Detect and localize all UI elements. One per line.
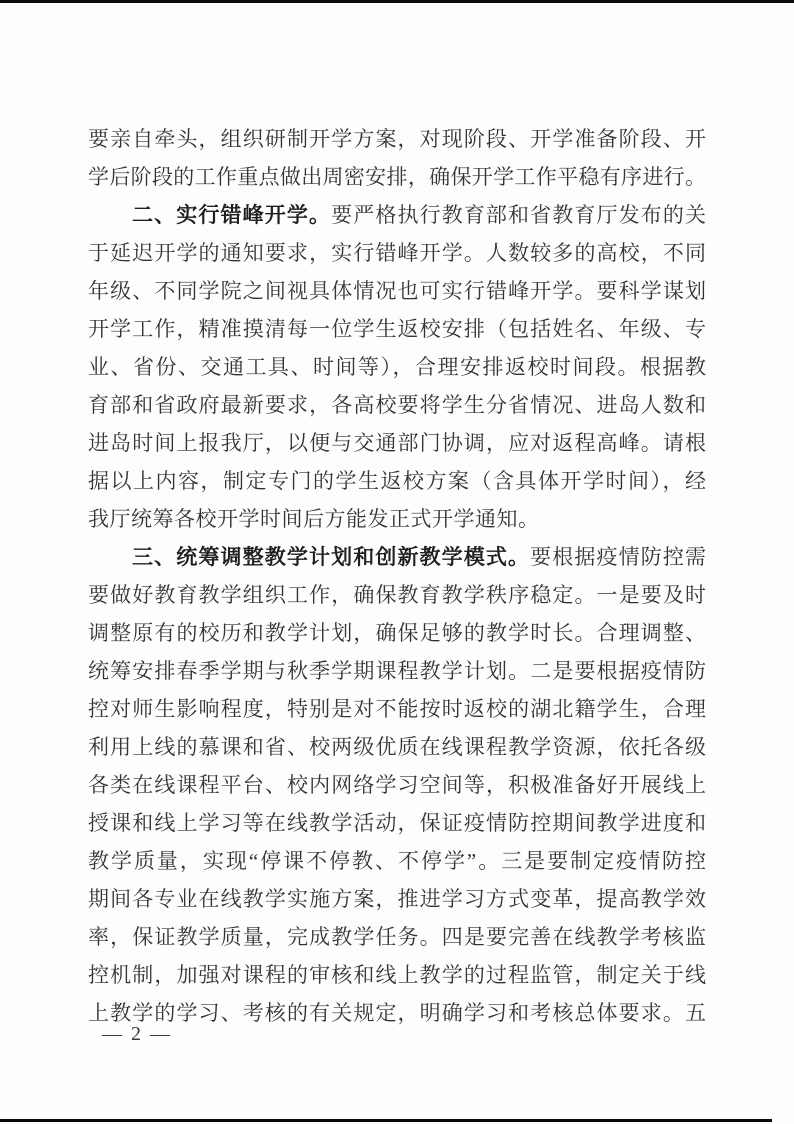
text-line: 教学质量，实现“停课不停教、不停学”。三是要制定疫情防控 [88, 842, 706, 880]
page-number: — 2 — [102, 1020, 172, 1048]
scanned-page: 要亲自牵头，组织研制开学方案，对现阶段、开学准备阶段、开学后阶段的工作重点做出周… [0, 0, 794, 1124]
text-line: 进岛时间上报我厅，以便与交通部门协调，应对返程高峰。请根 [88, 424, 706, 462]
document-body: 要亲自牵头，组织研制开学方案，对现阶段、开学准备阶段、开学后阶段的工作重点做出周… [88, 120, 706, 1032]
text-line: 年级、不同学院之间视具体情况也可实行错峰开学。要科学谋划 [88, 272, 706, 310]
text-line: 控机制，加强对课程的审核和线上教学的过程监管，制定关于线 [88, 956, 706, 994]
text-line: 我厅统筹各校开学时间后方能发正式开学通知。 [88, 500, 706, 538]
text-line: 要亲自牵头，组织研制开学方案，对现阶段、开学准备阶段、开 [88, 120, 706, 158]
text-line: 二、实行错峰开学。要严格执行教育部和省教育厅发布的关 [88, 196, 706, 234]
text-line: 要做好教育教学组织工作，确保教育教学秩序稳定。一是要及时 [88, 576, 706, 614]
text-line: 统筹安排春季学期与秋季学期课程教学计划。二是要根据疫情防 [88, 652, 706, 690]
text-line: 利用上线的慕课和省、校两级优质在线课程教学资源，依托各级 [88, 728, 706, 766]
text-line: 调整原有的校历和教学计划，确保足够的教学时长。合理调整、 [88, 614, 706, 652]
text-line: 率，保证教学质量，完成教学任务。四是要完善在线教学考核监 [88, 918, 706, 956]
scan-edge-top [0, 0, 794, 3]
scan-edge-bottom [0, 1119, 772, 1122]
section-heading: 二、实行错峰开学。 [132, 203, 331, 227]
text-line: 育部和省政府最新要求，各高校要将学生分省情况、进岛人数和 [88, 386, 706, 424]
text-line: 学后阶段的工作重点做出周密安排，确保开学工作平稳有序进行。 [88, 158, 706, 196]
section-heading: 三、统筹调整教学计划和创新教学模式。 [132, 545, 530, 569]
text-line: 业、省份、交通工具、时间等），合理安排返校时间段。根据教 [88, 348, 706, 386]
text-line: 于延迟开学的通知要求，实行错峰开学。人数较多的高校，不同 [88, 234, 706, 272]
text-line: 开学工作，精准摸清每一位学生返校安排（包括姓名、年级、专 [88, 310, 706, 348]
text-line: 三、统筹调整教学计划和创新教学模式。要根据疫情防控需 [88, 538, 706, 576]
text-line: 控对师生影响程度，特别是对不能按时返校的湖北籍学生，合理 [88, 690, 706, 728]
text-line: 各类在线课程平台、校内网络学习空间等，积极准备好开展线上 [88, 766, 706, 804]
text-line: 期间各专业在线教学实施方案，推进学习方式变革，提高教学效 [88, 880, 706, 918]
text-line: 据以上内容，制定专门的学生返校方案（含具体开学时间），经 [88, 462, 706, 500]
text-line: 授课和线上学习等在线教学活动，保证疫情防控期间教学进度和 [88, 804, 706, 842]
text-line: 上教学的学习、考核的有关规定，明确学习和考核总体要求。五 [88, 994, 706, 1032]
